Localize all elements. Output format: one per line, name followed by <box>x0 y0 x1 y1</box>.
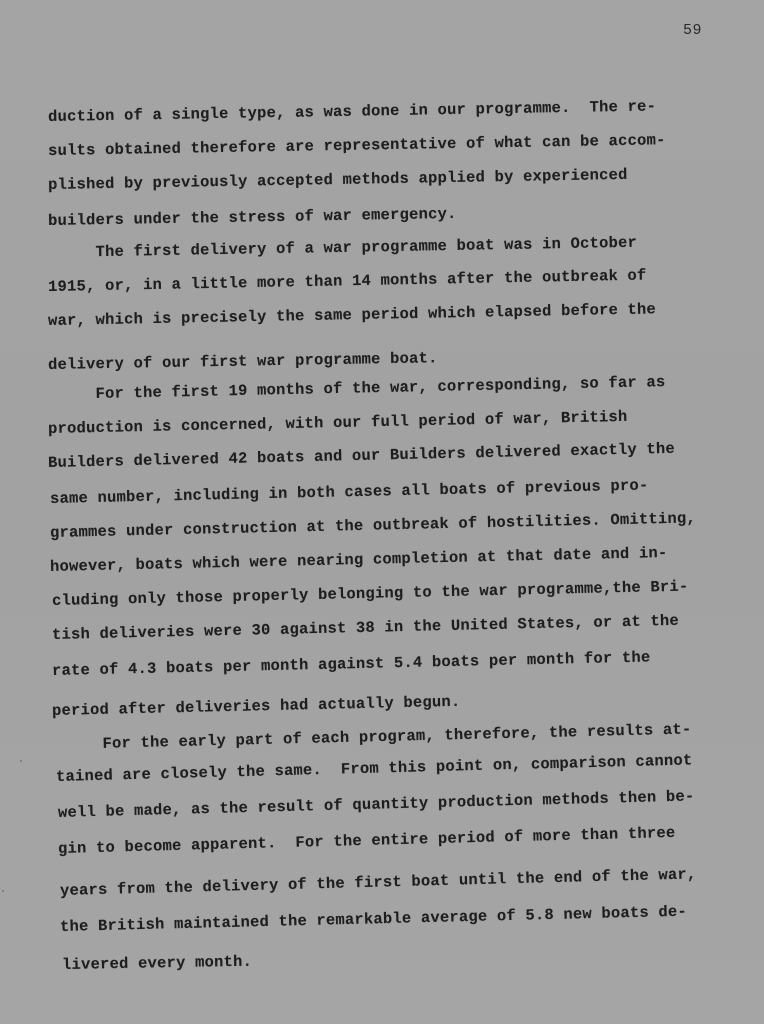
text-line: however, boats which were nearing comple… <box>50 544 668 576</box>
typewritten-page: 59 duction of a single type, as was done… <box>0 0 764 1024</box>
text-line: 1915, or, in a little more than 14 month… <box>48 267 647 296</box>
text-line: years from the delivery of the first boa… <box>60 865 697 900</box>
text-line: period after deliveries had actually beg… <box>52 693 461 720</box>
paragraph-start-line: For the first 19 months of the war, corr… <box>48 373 666 404</box>
text-line: tained are closely the same. From this p… <box>56 751 693 786</box>
text-line: same number, including in both cases all… <box>50 476 649 508</box>
text-line: grammes under construction at the outbre… <box>50 509 696 542</box>
paper-speck <box>224 250 226 252</box>
text-line: duction of a single type, as was done in… <box>48 97 656 126</box>
text-line: tish deliveries were 30 against 38 in th… <box>52 612 679 644</box>
text-line: plished by previously accepted methods a… <box>48 166 628 194</box>
text-line: delivery of our first war programme boat… <box>48 349 438 374</box>
text-line: well be made, as the result of quantity … <box>58 787 695 822</box>
paper-speck <box>2 890 4 892</box>
text-line: builders under the stress of war emergen… <box>48 205 457 230</box>
paper-speck <box>54 184 56 186</box>
text-line: production is concerned, with our full p… <box>48 408 628 438</box>
paragraph-start-line: For the early part of each program, ther… <box>55 720 692 754</box>
text-line: the British maintained the remarkable av… <box>60 903 687 936</box>
text-line: war, which is precisely the same period … <box>48 300 656 330</box>
paragraph-start-line: The first delivery of a war programme bo… <box>48 234 637 262</box>
text-line: sults obtained therefore are representat… <box>48 131 666 160</box>
text-line: gin to become apparent. For the entire p… <box>58 824 676 858</box>
text-line: livered every month. <box>62 953 252 974</box>
text-line: cluding only those properly belonging to… <box>52 578 689 610</box>
page-number: 59 <box>683 22 702 39</box>
text-line: rate of 4.3 boats per month against 5.4 … <box>52 648 651 680</box>
text-line: Builders delivered 42 boats and our Buil… <box>48 440 675 472</box>
paper-speck <box>20 760 22 762</box>
